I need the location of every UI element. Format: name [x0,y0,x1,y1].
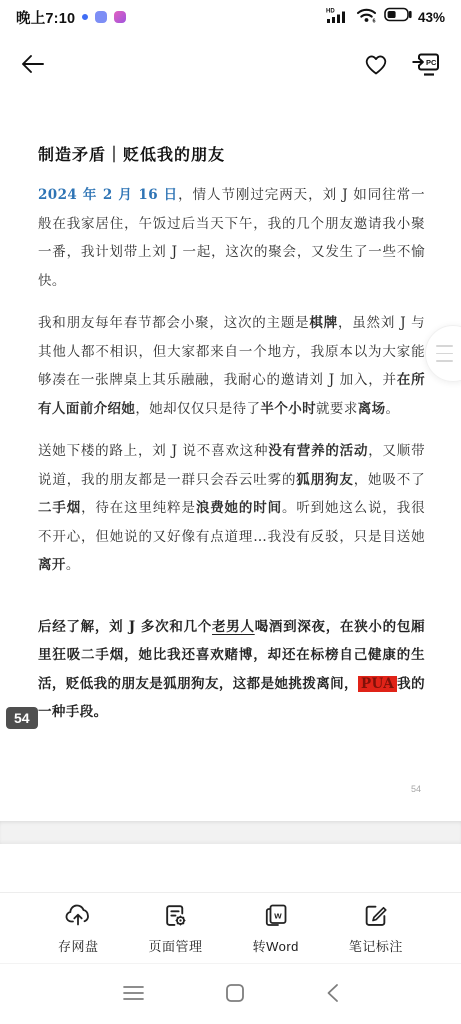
toolbar-label: 页面管理 [149,936,203,955]
page-manage-icon [163,903,188,931]
system-recents-button[interactable] [226,984,244,1005]
favorite-button[interactable] [363,52,389,79]
word-convert-icon: w [263,903,289,931]
wifi-icon: 6 [356,6,379,28]
battery-percent: 43% [418,10,445,25]
app-badge-pink-icon [114,11,126,23]
paragraph-emphasis: 后经了解，刘 J 多次和几个老男人喝酒到深夜，在狭小的包厢里狂吸二手烟，她比我还… [38,613,425,727]
paragraph: 我和朋友每年春节都会小聚，这次的主题是棋牌，虽然刘 J 与其他人都不相识，但大家… [38,309,425,423]
battery-icon [384,7,413,27]
menu-icon [123,985,144,1004]
page-footer: 54 [38,777,425,791]
document-viewport[interactable]: 制造矛盾｜贬低我的朋友 2024 年 2 月 16 日，情人节刚过完两天，刘 J… [0,94,461,1024]
system-menu-button[interactable] [123,985,144,1004]
cloud-upload-icon [64,903,92,931]
action-toolbar: 存网盘 页面管理 w 转Word [0,893,461,963]
status-bar: 晚上7:10 HD 6 [0,0,461,30]
convert-to-word-button[interactable]: w 转Word [253,903,299,955]
drag-handle-icon [436,345,453,347]
page-indicator-badge[interactable]: 54 [6,707,38,729]
page-number: 54 [411,784,421,794]
notification-dot-icon [82,14,88,20]
app-nav-bar: PC [0,30,461,94]
system-back-button[interactable] [326,983,339,1006]
phone-screen: 晚上7:10 HD 6 [0,0,461,1024]
svg-text:w: w [273,911,282,922]
toolbar-label: 转Word [253,936,299,955]
paragraph: 送她下楼的路上，刘 J 说不喜欢这种没有营养的活动，又顺带说道，我的朋友都是一群… [38,437,425,580]
svg-text:HD: HD [326,8,335,14]
drag-handle-icon [436,360,453,362]
drag-handle-icon [436,353,453,355]
system-nav-bar [0,963,461,1024]
recents-icon [226,984,244,1005]
send-to-pc-icon: PC [411,50,441,80]
back-icon [326,983,339,1006]
page-divider [0,821,461,844]
svg-text:PC: PC [426,58,437,67]
paragraph: 2024 年 2 月 16 日，情人节刚过完两天，刘 J 如同往常一般在我家居住… [38,181,425,295]
section-title: 制造矛盾｜贬低我的朋友 [38,94,425,165]
app-badge-blue-icon [95,11,107,23]
signal-hd-icon: HD [325,6,351,29]
note-annotate-button[interactable]: 笔记标注 [349,903,403,955]
svg-text:6: 6 [372,19,375,24]
heart-icon [363,52,389,79]
back-button[interactable] [20,53,45,78]
back-arrow-icon [20,53,45,78]
save-to-cloud-button[interactable]: 存网盘 [58,903,99,955]
toolbar-label: 存网盘 [58,936,99,955]
note-edit-icon [363,903,388,931]
page-manage-button[interactable]: 页面管理 [149,903,203,955]
clock: 晚上7:10 [16,7,75,28]
toolbar-label: 笔记标注 [349,936,403,955]
send-to-pc-button[interactable]: PC [411,50,441,80]
document-page-54: 制造矛盾｜贬低我的朋友 2024 年 2 月 16 日，情人节刚过完两天，刘 J… [0,94,461,821]
